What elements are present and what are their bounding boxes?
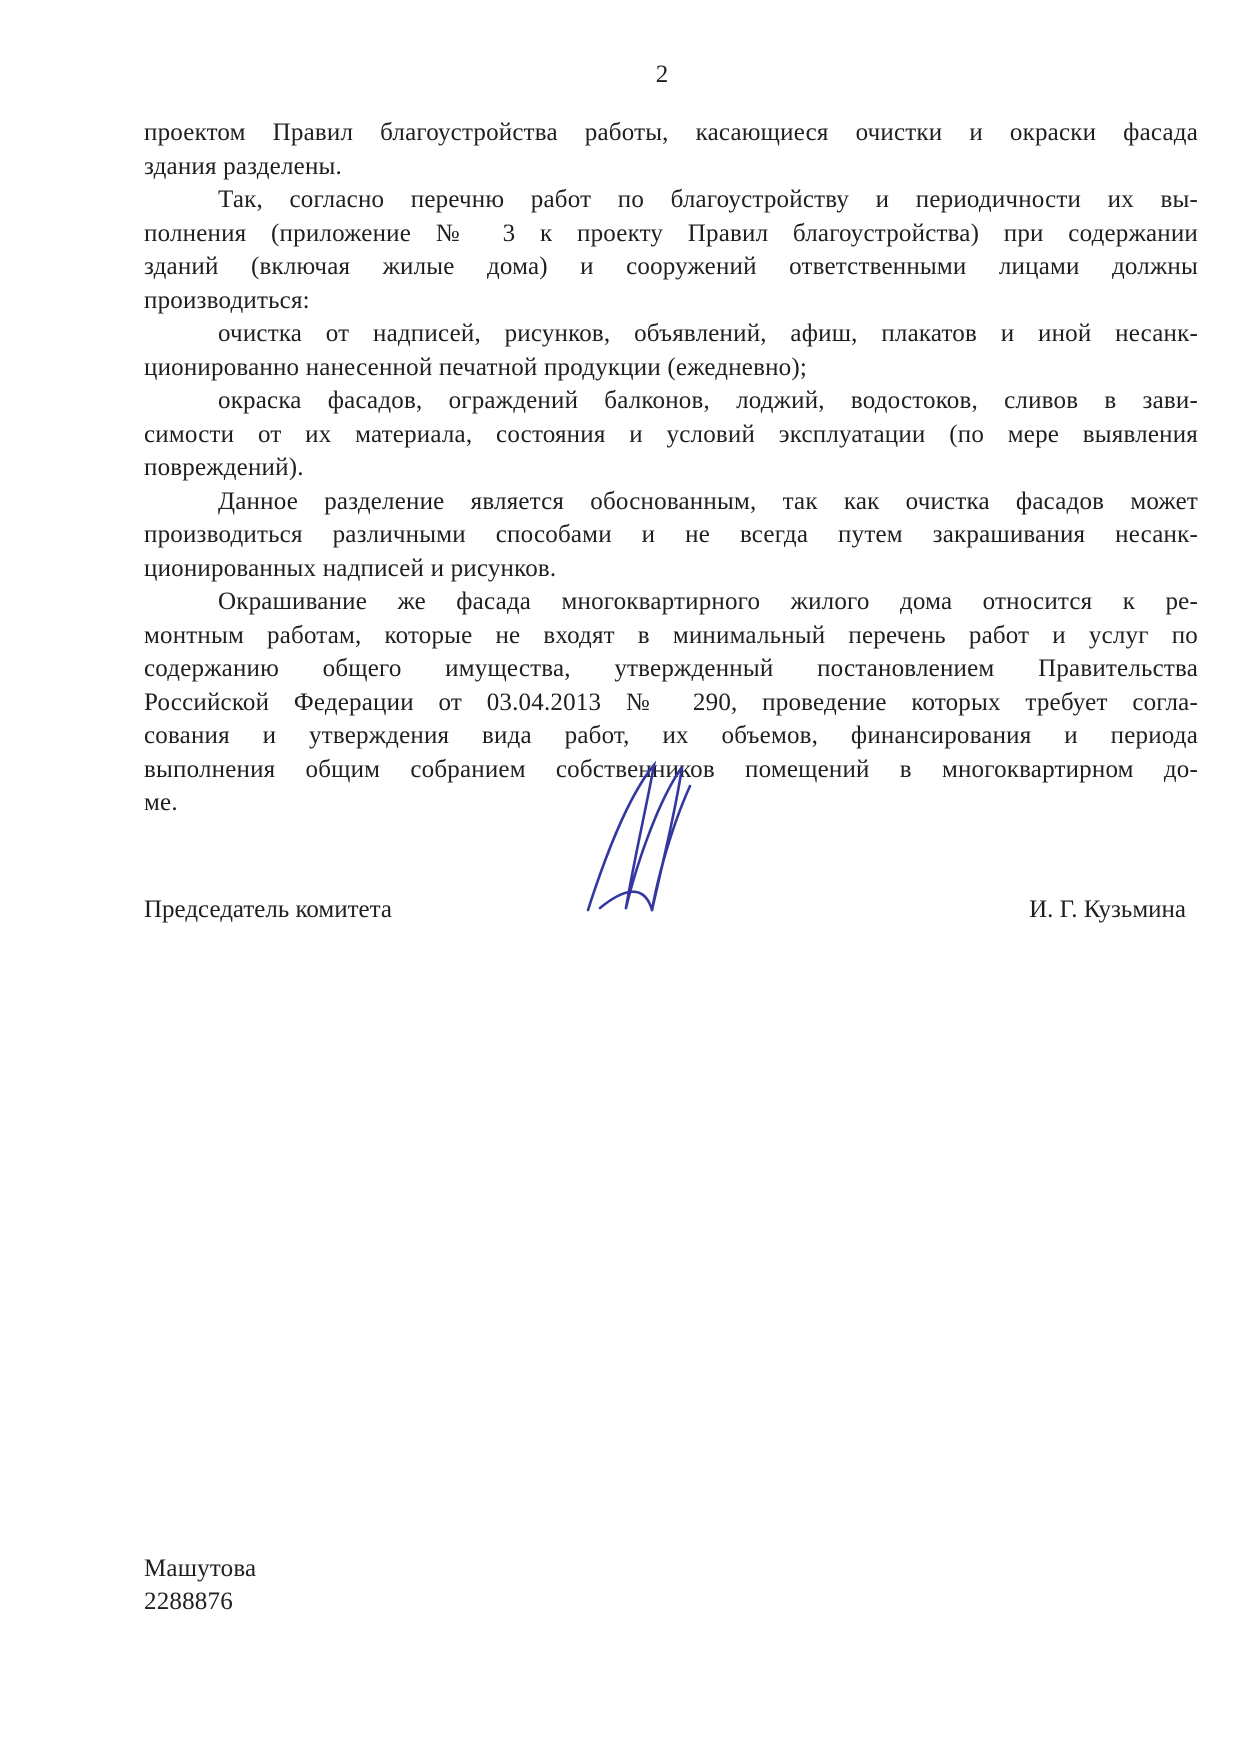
signature-row: Председатель комитета И. Г. Кузьмина xyxy=(144,893,1198,927)
text-line: повреждений). xyxy=(144,451,1198,485)
text-line: очистка от надписей, рисунков, объявлени… xyxy=(144,317,1198,351)
text-line: сования и утверждения вида работ, их объ… xyxy=(144,719,1198,753)
text-line: проектом Правил благоустройства работы, … xyxy=(144,116,1198,150)
executor-phone: 2288876 xyxy=(144,1585,256,1618)
text-line: Окрашивание же фасада многоквартирного ж… xyxy=(144,585,1198,619)
text-line: здания разделены. xyxy=(144,150,1198,184)
text-line: окраска фасадов, ограждений балконов, ло… xyxy=(144,384,1198,418)
text-line: монтным работам, которые не входят в мин… xyxy=(144,619,1198,653)
page-number: 2 xyxy=(640,60,684,90)
text-line: содержанию общего имущества, утвержденны… xyxy=(144,652,1198,686)
text-line: Так, согласно перечню работ по благоустр… xyxy=(144,183,1198,217)
executor-name: Машутова xyxy=(144,1552,256,1585)
text-line: Данное разделение является обоснованным,… xyxy=(144,485,1198,519)
text-line: симости от их материала, состояния и усл… xyxy=(144,418,1198,452)
text-line: ционированных надписей и рисунков. xyxy=(144,552,1198,586)
executor-block: Машутова 2288876 xyxy=(144,1552,256,1618)
text-line: производиться: xyxy=(144,284,1198,318)
text-line: ционированно нанесенной печатной продукц… xyxy=(144,351,1198,385)
signer-title: Председатель комитета xyxy=(144,893,392,927)
signer-name: И. Г. Кузьмина xyxy=(1029,893,1198,927)
text-line: Российской Федерации от 03.04.2013 № 290… xyxy=(144,686,1198,720)
document-body: проектом Правил благоустройства работы, … xyxy=(144,116,1198,820)
text-line: зданий (включая жилые дома) и сооружений… xyxy=(144,250,1198,284)
text-line: производиться различными способами и не … xyxy=(144,518,1198,552)
document-page: 2 проектом Правил благоустройства работы… xyxy=(0,0,1240,1753)
text-line: полнения (приложение № 3 к проекту Прави… xyxy=(144,217,1198,251)
